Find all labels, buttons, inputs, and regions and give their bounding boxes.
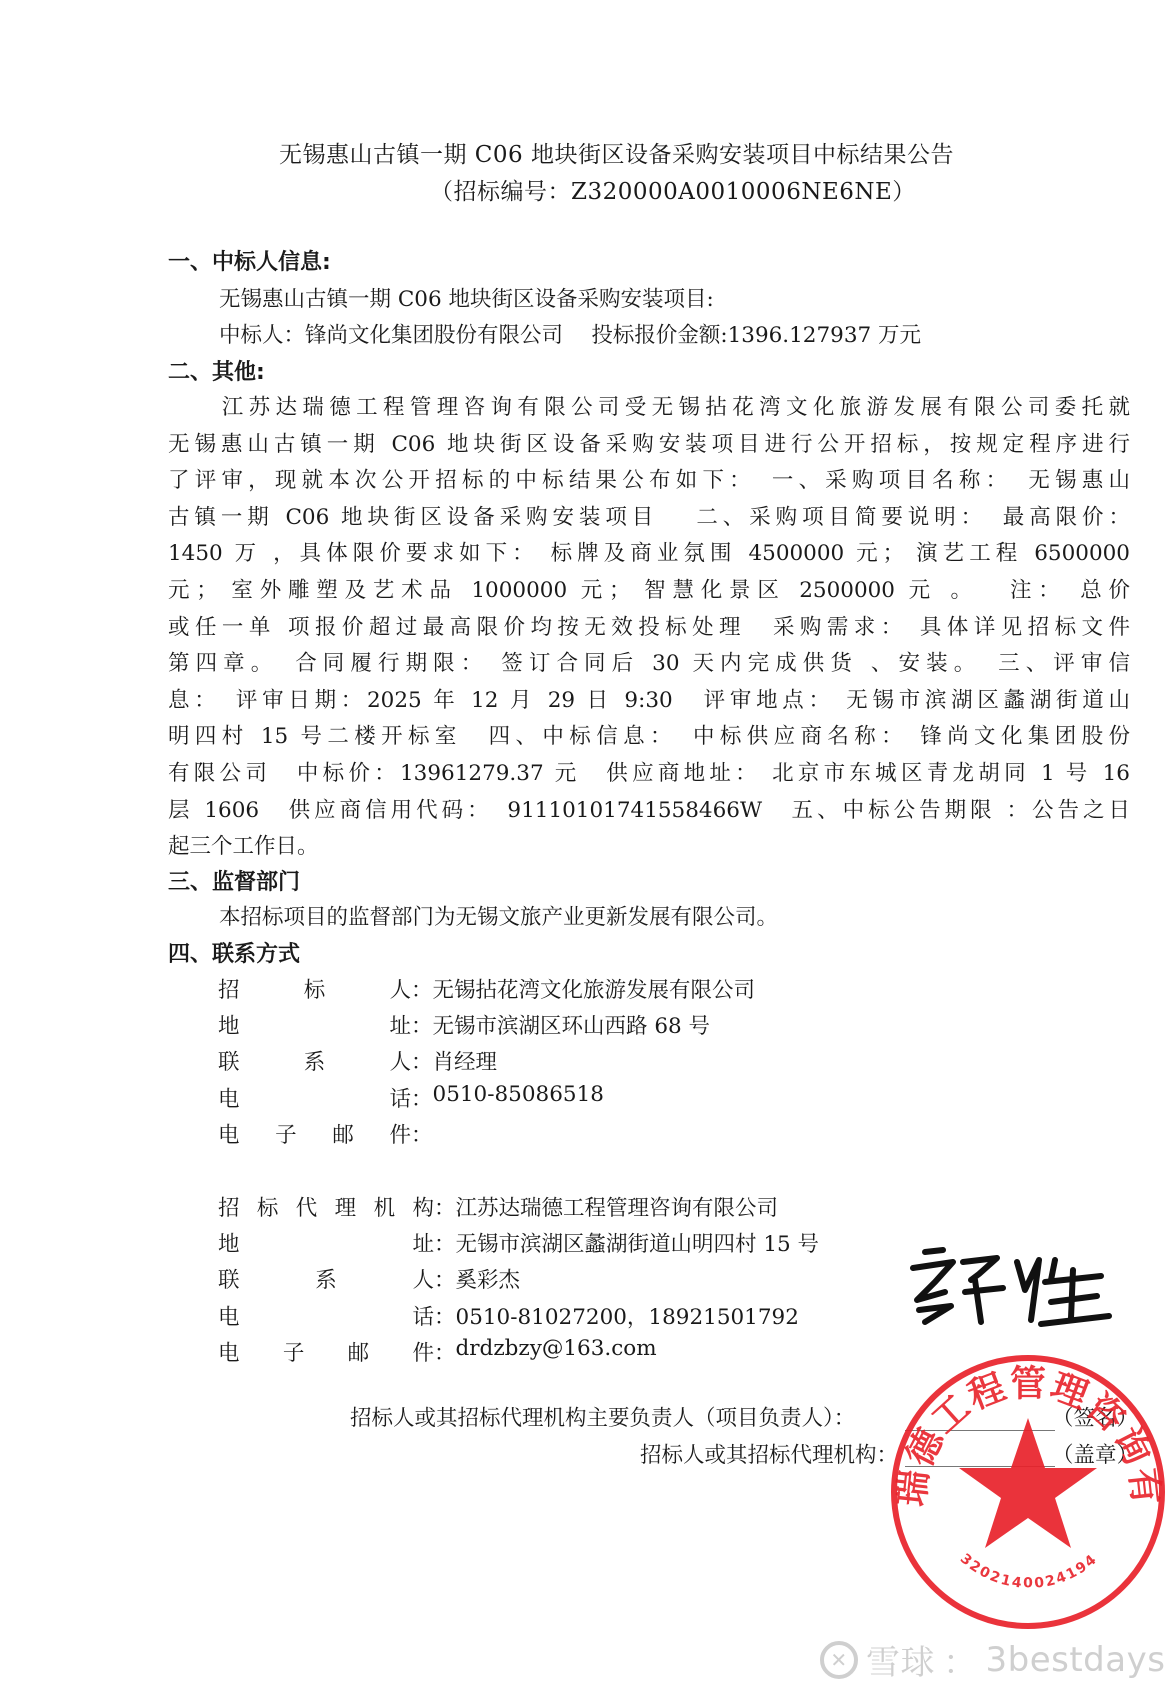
document-title: 无锡惠山古镇一期 C06 地块街区设备采购安装项目中标结果公告	[279, 136, 954, 169]
contact-colon: ：	[411, 1045, 433, 1076]
body-line: 古镇一期 C06 地块街区设备采购安装项目 二、采购项目简要说明： 最高限价：	[168, 500, 1130, 537]
contact-label-char: 系	[315, 1263, 337, 1294]
section2-heading: 二、其他:	[168, 355, 265, 386]
section3-heading: 三、监督部门	[168, 865, 300, 896]
section1-winner-line: 中标人：锋尚文化集团股份有限公司 投标报价金额:1396.127937 万元	[219, 318, 921, 349]
body-line: 了评审，现就本次公开招标的中标结果公布如下： 一、采购项目名称： 无锡惠山	[168, 463, 1130, 500]
contact-label-char: 机	[374, 1191, 396, 1222]
section4-heading: 四、联系方式	[168, 937, 300, 968]
contact-value: 0510-81027200，18921501792	[456, 1300, 799, 1331]
contact-row: 联系人：肖经理	[218, 1045, 497, 1076]
svg-text:3202140024194: 3202140024194	[957, 1551, 1101, 1592]
contact-value: 无锡市滨湖区蠡湖街道山明四村 15 号	[456, 1227, 820, 1258]
contact-label: 招标代理机构	[218, 1191, 434, 1222]
contact-label: 电子邮件	[218, 1336, 434, 1367]
section1-project-line: 无锡惠山古镇一期 C06 地块街区设备采购安装项目:	[219, 282, 714, 313]
contact-label: 招标人	[218, 973, 411, 1004]
contact-row: 联系人：奚彩杰	[218, 1263, 520, 1294]
contact-label-char: 人	[389, 1045, 411, 1076]
contact-colon: ：	[411, 1009, 433, 1040]
contact-label-char: 招	[218, 973, 240, 1004]
contact-label-char: 件	[412, 1336, 434, 1367]
contact-label-char: 标	[304, 973, 326, 1004]
xueqiu-logo-icon: ✕	[820, 1641, 858, 1679]
section1-heading: 一、中标人信息:	[168, 245, 331, 276]
contact-row: 电话：0510-81027200，18921501792	[218, 1300, 799, 1331]
contact-colon: ：	[411, 973, 433, 1004]
contact-colon: ：	[434, 1263, 456, 1294]
contact-row: 招标人：无锡拈花湾文化旅游发展有限公司	[218, 973, 755, 1004]
tender-number: （招标编号：Z320000A0010006NE6NE）	[430, 173, 916, 206]
body-line: 有限公司 中标价：13961279.37 元 供应商地址： 北京市东城区青龙胡同…	[168, 756, 1130, 793]
contact-label-char: 电	[218, 1118, 240, 1149]
contact-row: 电话：0510-85086518	[218, 1082, 604, 1113]
contact-value: 肖经理	[433, 1045, 498, 1076]
contact-row: 电子邮件：	[218, 1118, 433, 1149]
contact-value: drdzbzy@163.com	[456, 1336, 657, 1367]
contact-label-char: 子	[275, 1118, 297, 1149]
contact-label-char: 邮	[348, 1336, 370, 1367]
official-seal-stamp-icon: 江苏达瑞德工程管理咨询有限公司 3202140024194	[885, 1350, 1170, 1635]
body-line: 或任一单 项报价超过最高限价均按无效投标处理 采购需求： 具体详见招标文件	[168, 610, 1130, 647]
contact-value: 0510-85086518	[433, 1082, 604, 1113]
contact-label-char: 电	[218, 1336, 240, 1367]
contact-label: 电话	[218, 1300, 434, 1331]
contact-label-char: 理	[335, 1191, 357, 1222]
section3-text: 本招标项目的监督部门为无锡文旅产业更新发展有限公司。	[219, 900, 778, 931]
body-line: 元； 室外雕塑及艺术品 1000000 元； 智慧化景区 2500000 元 。…	[168, 573, 1130, 610]
contact-label-char: 电	[218, 1300, 240, 1331]
body-line: 江苏达瑞德工程管理咨询有限公司受无锡拈花湾文化旅游发展有限公司委托就	[168, 390, 1130, 427]
contact-label: 联系人	[218, 1263, 434, 1294]
contact-value: 无锡拈花湾文化旅游发展有限公司	[433, 973, 756, 1004]
body-line: 起三个工作日。	[168, 829, 1130, 866]
signoff-line2-label: 招标人或其招标代理机构：	[640, 1438, 898, 1469]
body-line: 无锡惠山古镇一期 C06 地块街区设备采购安装项目进行公开招标，按规定程序进行	[168, 427, 1130, 464]
handwritten-signature-icon	[905, 1240, 1115, 1330]
watermark-brand: 雪球	[866, 1635, 935, 1684]
contact-label: 电子邮件	[218, 1118, 411, 1149]
contact-label-char: 话	[389, 1082, 411, 1113]
body-line: 第四章。 合同履行期限： 签订合同后 30 天内完成供货 、安装。 三、评审信	[168, 646, 1130, 683]
watermark-separator: ：	[943, 1635, 978, 1684]
contact-colon: ：	[434, 1191, 456, 1222]
contact-label-char: 标	[257, 1191, 279, 1222]
contact-label-char: 电	[218, 1082, 240, 1113]
contact-label-char: 招	[218, 1191, 240, 1222]
watermark-user: 3bestdays	[986, 1640, 1166, 1680]
contact-value: 奚彩杰	[456, 1263, 521, 1294]
contact-label-char: 件	[389, 1118, 411, 1149]
contact-value: 无锡市滨湖区环山西路 68 号	[433, 1009, 711, 1040]
contact-label-char: 邮	[332, 1118, 354, 1149]
contact-label-char: 地	[218, 1009, 240, 1040]
contact-label: 电话	[218, 1082, 411, 1113]
contact-label-char: 人	[412, 1263, 434, 1294]
contact-label-char: 联	[218, 1045, 240, 1076]
contact-colon: ：	[434, 1227, 456, 1258]
contact-colon: ：	[411, 1082, 433, 1113]
contact-label: 联系人	[218, 1045, 411, 1076]
contact-colon: ：	[434, 1336, 456, 1367]
contact-colon: ：	[411, 1118, 433, 1149]
contact-label: 地址	[218, 1227, 434, 1258]
contact-row: 招标代理机构：江苏达瑞德工程管理咨询有限公司	[218, 1191, 778, 1222]
contact-label-char: 联	[218, 1263, 240, 1294]
body-line: 明四村 15 号二楼开标室 四、中标信息： 中标供应商名称： 锋尚文化集团股份	[168, 719, 1130, 756]
section2-body: 江苏达瑞德工程管理咨询有限公司受无锡拈花湾文化旅游发展有限公司委托就 无锡惠山古…	[168, 390, 1130, 866]
contact-label-char: 人	[389, 973, 411, 1004]
contact-label-char: 址	[412, 1227, 434, 1258]
signoff-line1-label: 招标人或其招标代理机构主要负责人（项目负责人）：	[350, 1401, 855, 1432]
contact-row: 地址：无锡市滨湖区蠡湖街道山明四村 15 号	[218, 1227, 819, 1258]
contact-label-char: 地	[218, 1227, 240, 1258]
contact-label: 地址	[218, 1009, 411, 1040]
body-line: 1450 万 ，具体限价要求如下： 标牌及商业氛围 4500000 元； 演艺工…	[168, 536, 1130, 573]
contact-label-char: 系	[304, 1045, 326, 1076]
xueqiu-watermark: ✕ 雪球 ： 3bestdays	[820, 1635, 1165, 1684]
contact-label-char: 话	[412, 1300, 434, 1331]
contact-label-char: 构	[412, 1191, 434, 1222]
body-line: 息： 评审日期：2025 年 12 月 29 日 9:30 评审地点： 无锡市滨…	[168, 683, 1130, 720]
contact-row: 电子邮件：drdzbzy@163.com	[218, 1336, 657, 1367]
contact-colon: ：	[434, 1300, 456, 1331]
contact-row: 地址：无锡市滨湖区环山西路 68 号	[218, 1009, 710, 1040]
contact-label-char: 子	[283, 1336, 305, 1367]
contact-label-char: 址	[389, 1009, 411, 1040]
body-line: 层 1606 供应商信用代码： 91110101741558466W 五、中标公…	[168, 793, 1130, 830]
contact-label-char: 代	[296, 1191, 318, 1222]
contact-value: 江苏达瑞德工程管理咨询有限公司	[456, 1191, 779, 1222]
